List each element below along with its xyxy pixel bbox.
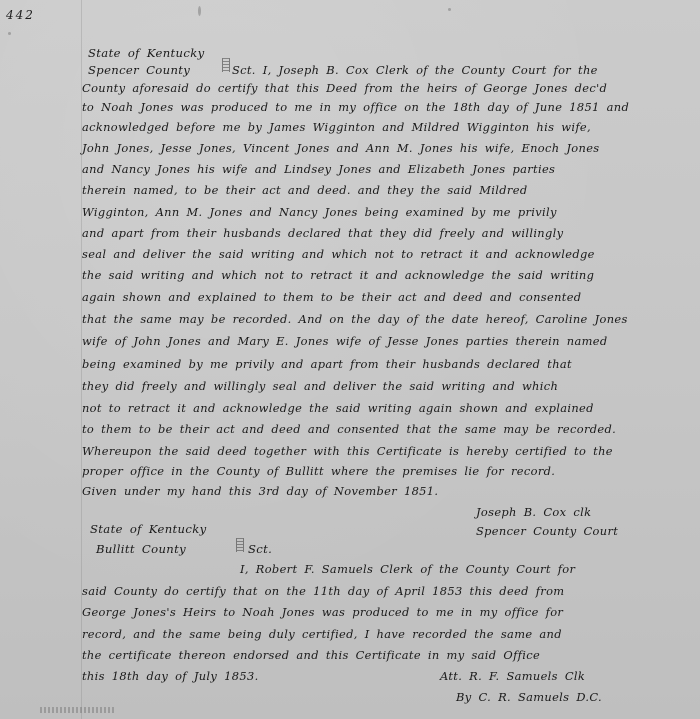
page-number: 442 xyxy=(6,8,35,22)
signature-deputy: By C. R. Samuels D.C. xyxy=(456,690,602,704)
body-line: Given under my hand this 3rd day of Nove… xyxy=(82,484,438,498)
body-line: record, and the same being duly certifie… xyxy=(82,627,562,641)
ink-stain xyxy=(8,32,11,35)
brace-icon xyxy=(222,58,230,72)
body-line: Wigginton, Ann M. Jones and Nancy Jones … xyxy=(82,205,557,219)
body-line: that the same may be recorded. And on th… xyxy=(82,312,628,326)
ink-stain xyxy=(198,6,201,16)
brace-icon xyxy=(236,538,244,552)
body-line: and Nancy Jones his wife and Lindsey Jon… xyxy=(82,162,555,176)
body-line: wife of John Jones and Mary E. Jones wif… xyxy=(82,334,608,348)
body-line: not to retract it and acknowledge the sa… xyxy=(82,401,594,415)
body-line: being examined by me privily and apart f… xyxy=(82,357,572,371)
heading-sct: Sct. xyxy=(248,542,272,556)
body-line: again shown and explained to them to be … xyxy=(82,290,581,304)
body-line: I, Robert F. Samuels Clerk of the County… xyxy=(240,562,575,576)
body-line: acknowledged before me by James Wigginto… xyxy=(82,120,591,134)
body-line: to them to be their act and deed and con… xyxy=(82,422,616,436)
body-line: the certificate thereon endorsed and thi… xyxy=(82,648,540,662)
body-line: proper office in the County of Bullitt w… xyxy=(82,464,555,478)
body-line: John Jones, Jesse Jones, Vincent Jones a… xyxy=(82,141,600,155)
heading-county: Spencer County xyxy=(88,63,190,77)
body-line: said County do certify that on the 11th … xyxy=(82,584,564,598)
body-line: to Noah Jones was produced to me in my o… xyxy=(82,100,629,114)
body-line: Whereupon the said deed together with th… xyxy=(82,444,613,458)
body-line: County aforesaid do certify that this De… xyxy=(82,81,607,95)
body-line: they did freely and willingly seal and d… xyxy=(82,379,558,393)
deed-record-page: 442 State of Kentucky Spencer County Sct… xyxy=(0,0,700,719)
ink-stain xyxy=(448,8,451,11)
record-stamp xyxy=(40,707,115,713)
heading-state: State of Kentucky xyxy=(90,522,207,536)
body-line: and apart from their husbands declared t… xyxy=(82,226,563,240)
signature-name: Joseph B. Cox clk xyxy=(476,505,591,519)
body-line: the said writing and which not to retrac… xyxy=(82,268,594,282)
body-line: Sct. I, Joseph B. Cox Clerk of the Count… xyxy=(232,63,598,77)
body-line: therein named, to be their act and deed.… xyxy=(82,183,527,197)
body-line: George Jones's Heirs to Noah Jones was p… xyxy=(82,605,563,619)
heading-state: State of Kentucky xyxy=(88,46,205,60)
body-line: this 18th day of July 1853. xyxy=(82,669,259,683)
signature-name: Att. R. F. Samuels Clk xyxy=(440,669,585,683)
body-line: seal and deliver the said writing and wh… xyxy=(82,247,595,261)
signature-title: Spencer County Court xyxy=(476,524,618,538)
heading-county: Bullitt County xyxy=(96,542,186,556)
